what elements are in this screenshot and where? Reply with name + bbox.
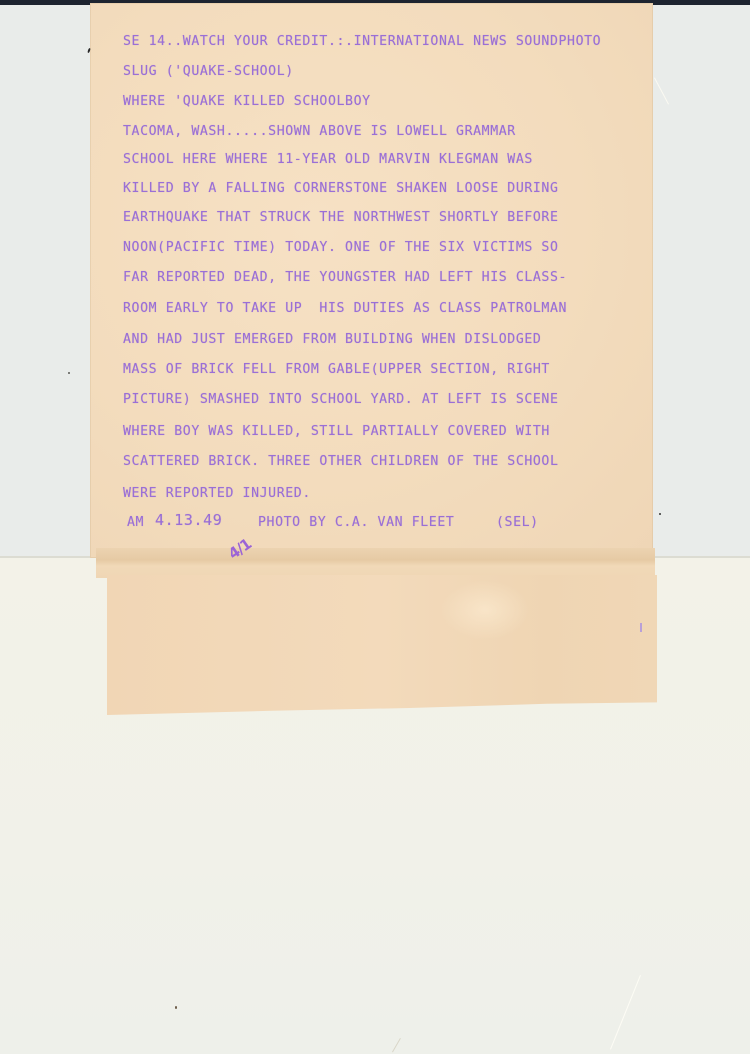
caption-line: EARTHQUAKE THAT STRUCK THE NORTHWEST SHO…	[123, 210, 559, 226]
edition-label: AM	[127, 515, 144, 531]
caption-line: WERE REPORTED INJURED.	[123, 486, 311, 502]
caption-line: AND HAD JUST EMERGED FROM BUILDING WHEN …	[123, 332, 541, 348]
caption-line: SLUG ('QUAKE-SCHOOL)	[123, 64, 294, 80]
paper-fold-crease	[96, 548, 655, 578]
dust-speck	[175, 1006, 177, 1009]
photo-credit: PHOTO BY C.A. VAN FLEET	[258, 515, 454, 531]
caption-line: SCATTERED BRICK. THREE OTHER CHILDREN OF…	[123, 454, 559, 470]
caption-line: WHERE BOY WAS KILLED, STILL PARTIALLY CO…	[123, 424, 550, 440]
operator-initials: (SEL)	[496, 515, 539, 531]
date-stamp: 4.13.49	[155, 512, 222, 528]
paper-wrinkle	[440, 580, 530, 640]
caption-line: WHERE 'QUAKE KILLED SCHOOLBOY	[123, 94, 371, 110]
dust-speck	[68, 372, 70, 374]
faint-ink-mark	[640, 623, 642, 632]
caption-line: FAR REPORTED DEAD, THE YOUNGSTER HAD LEF…	[123, 270, 567, 286]
caption-line: NOON(PACIFIC TIME) TODAY. ONE OF THE SIX…	[123, 240, 559, 256]
caption-line: KILLED BY A FALLING CORNERSTONE SHAKEN L…	[123, 181, 559, 197]
caption-line: ROOM EARLY TO TAKE UP HIS DUTIES AS CLAS…	[123, 301, 567, 317]
dust-speck	[659, 513, 661, 515]
caption-line: MASS OF BRICK FELL FROM GABLE(UPPER SECT…	[123, 362, 550, 378]
caption-line: SCHOOL HERE WHERE 11-YEAR OLD MARVIN KLE…	[123, 152, 533, 168]
caption-line: PICTURE) SMASHED INTO SCHOOL YARD. AT LE…	[123, 392, 559, 408]
caption-line: SE 14..WATCH YOUR CREDIT.:.INTERNATIONAL…	[123, 34, 601, 50]
caption-paper-lower	[107, 575, 657, 715]
caption-line: TACOMA, WASH.....SHOWN ABOVE IS LOWELL G…	[123, 124, 516, 140]
